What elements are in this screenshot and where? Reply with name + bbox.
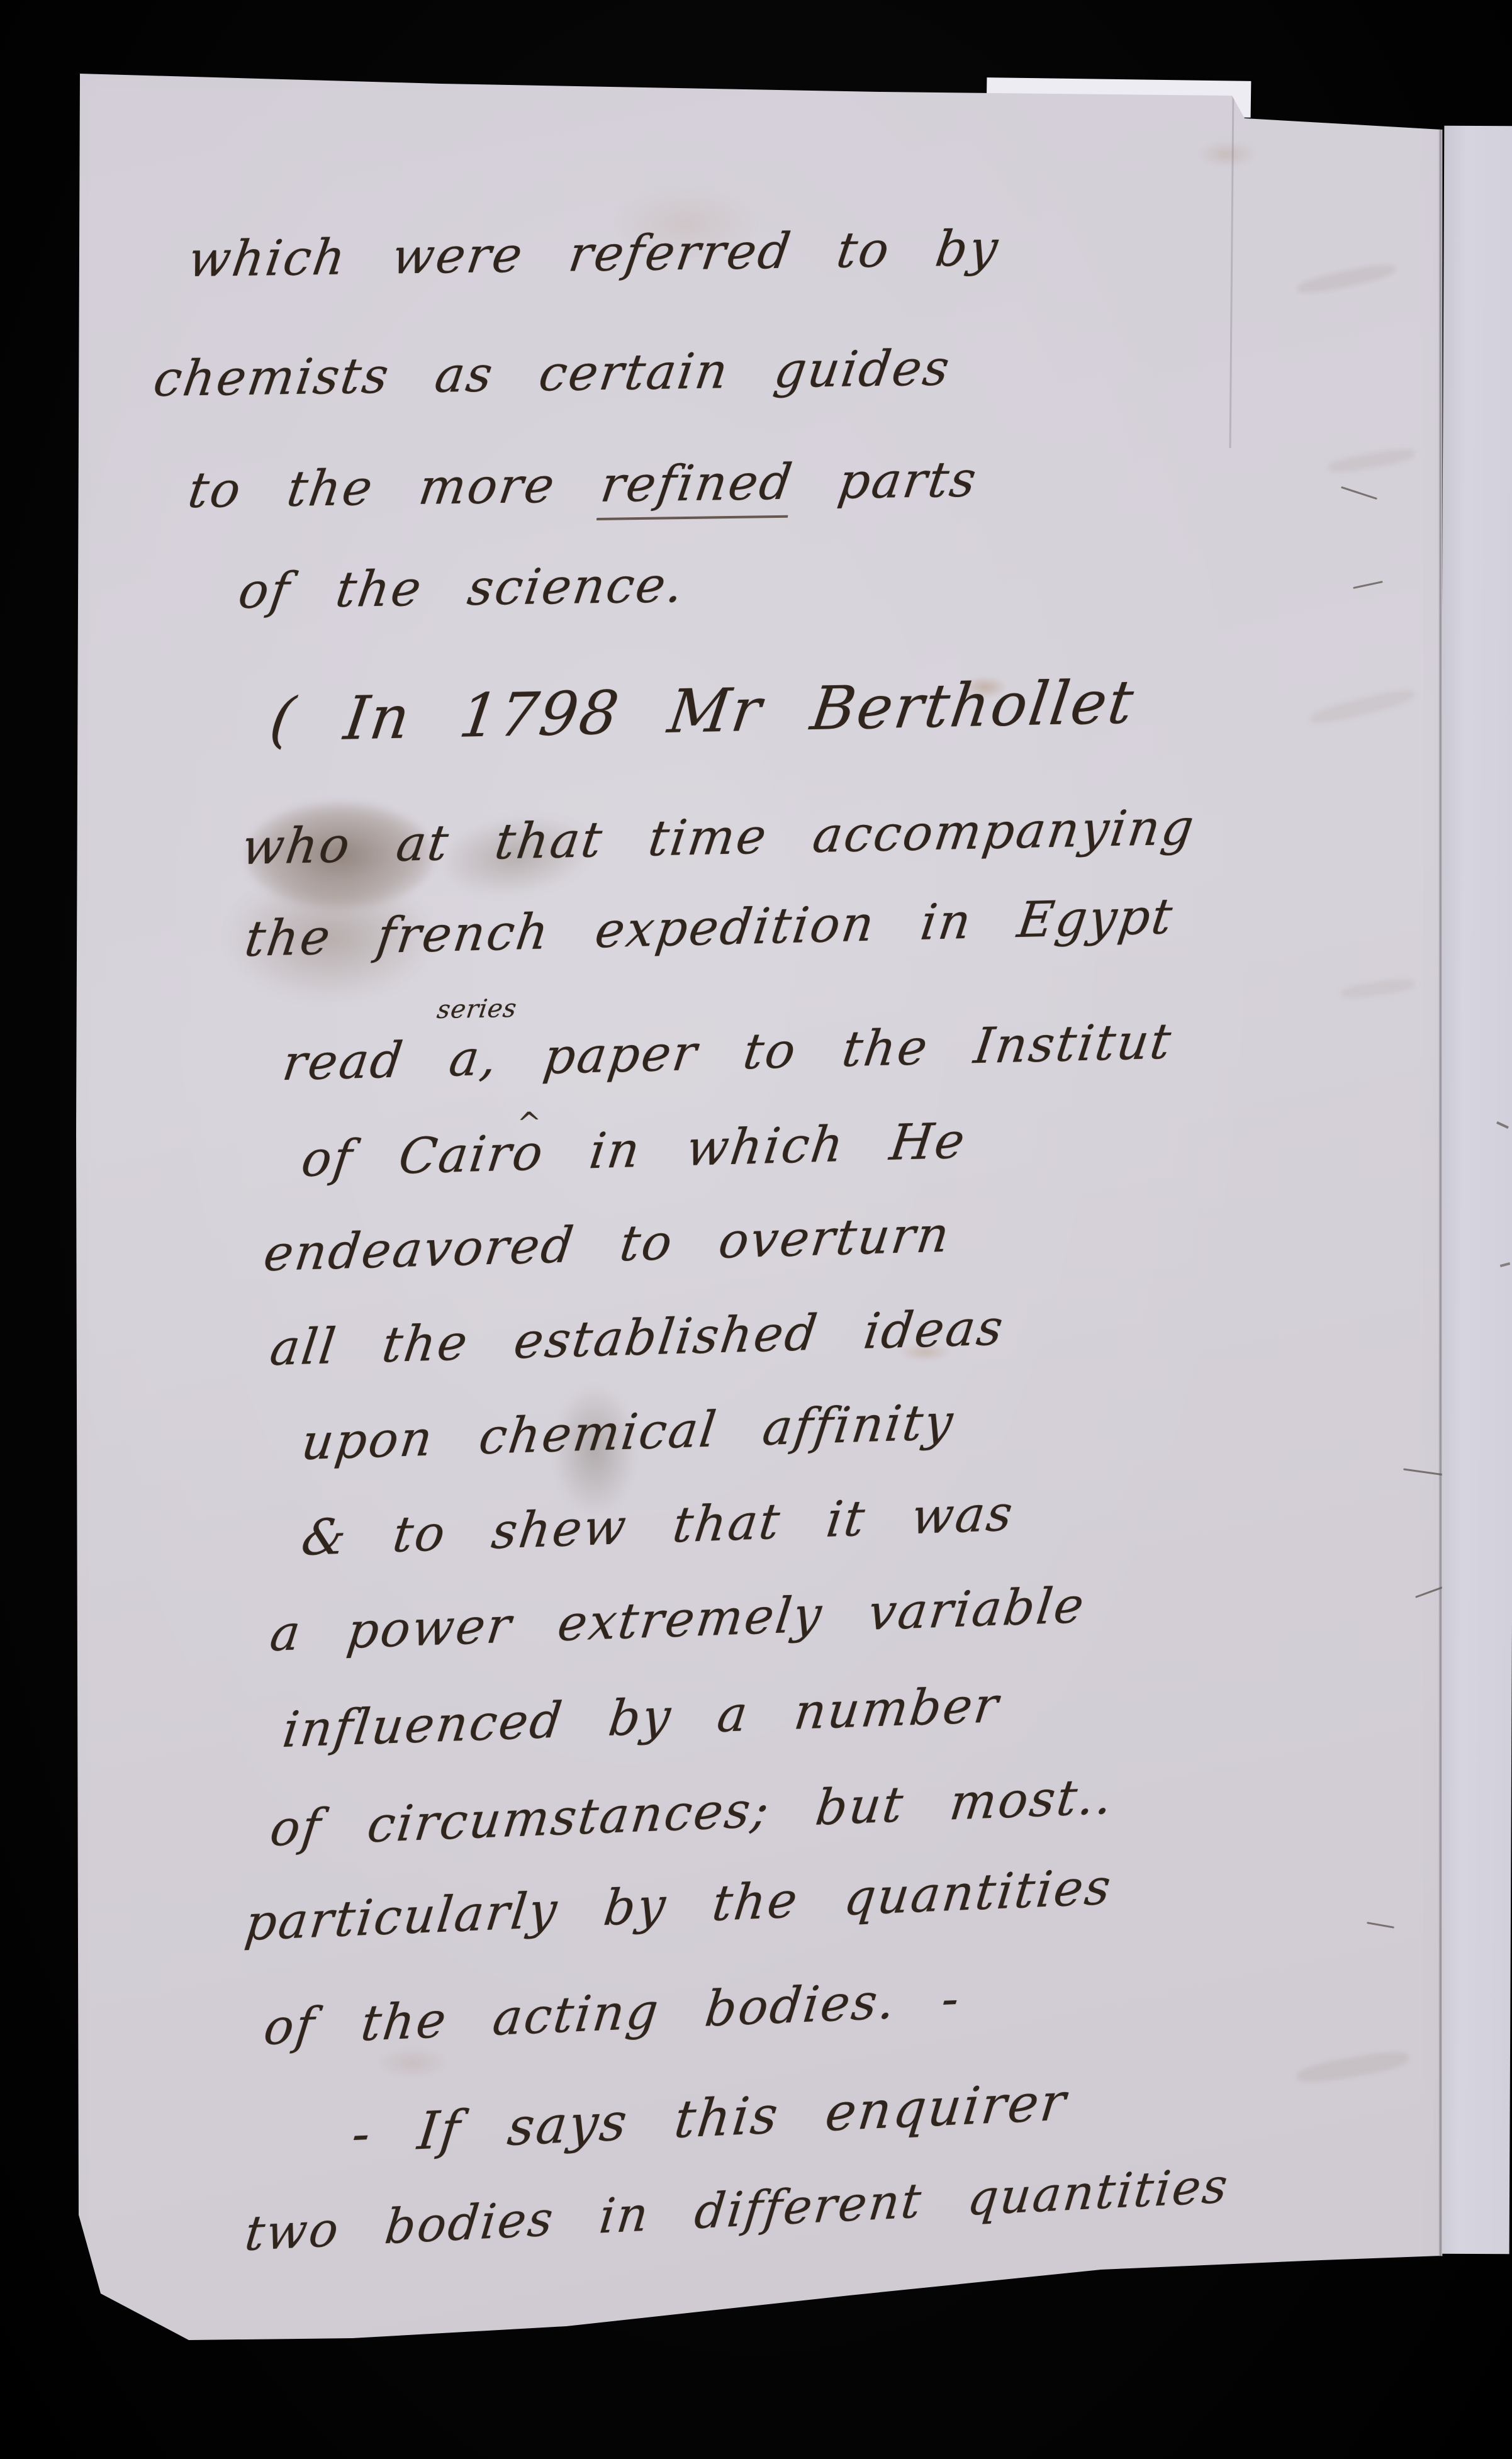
- manuscript-line: of circumstances; but most..: [267, 1768, 1117, 1857]
- paper-crack: [1341, 486, 1377, 500]
- manuscript-line: influenced by a number: [279, 1677, 1003, 1759]
- show-through-writing: [1296, 2048, 1410, 2087]
- manuscript-line: & to shew that it was: [298, 1485, 1017, 1567]
- manuscript-line: of the acting bodies. -: [261, 1970, 964, 2056]
- paper-stain: [1199, 142, 1255, 167]
- manuscript-line-segment: to the more: [185, 457, 606, 519]
- show-through-writing: [1296, 260, 1397, 298]
- show-through-writing: [1327, 445, 1416, 476]
- manuscript-page: which were referred to by chemists as ce…: [0, 0, 1512, 2459]
- manuscript-line: endeavored to overturn: [260, 1206, 954, 1282]
- paper-crack: [1353, 581, 1383, 589]
- paper-stain: [378, 2048, 447, 2077]
- manuscript-line: upon chemical affinity: [298, 1394, 958, 1471]
- manuscript-line: who at that time accompanying: [238, 799, 1199, 876]
- fold-crease: [1438, 130, 1443, 2256]
- interlinear-insertion: series: [435, 994, 519, 1024]
- manuscript-line: of the science.: [235, 557, 689, 620]
- manuscript-line: - If says this enquirer: [349, 2072, 1071, 2165]
- manuscript-line-segment: parts: [789, 451, 982, 510]
- manuscript-line: a power extremely variable: [267, 1577, 1089, 1663]
- facing-page-edge: [1435, 126, 1512, 2254]
- manuscript-line: to the more refined parts: [185, 451, 982, 519]
- underlined-word: refined: [596, 454, 797, 520]
- show-through-writing: [1340, 977, 1416, 1000]
- manuscript-line: of Cairo in which He: [298, 1112, 970, 1188]
- manuscript-line: two bodies in different quantities: [242, 2157, 1232, 2261]
- manuscript-line: all the established ideas: [267, 1299, 1008, 1377]
- manuscript-line: the french expedition in Egypt: [242, 888, 1177, 968]
- manuscript-line: read a, paper to the Institut: [279, 1013, 1176, 1092]
- manuscript-line: ( In 1798 Mr Berthollet: [266, 668, 1139, 755]
- manuscript-line: particularly by the quantities: [242, 1859, 1116, 1952]
- manuscript-line: which were referred to by: [185, 220, 1004, 288]
- manuscript-line: chemists as certain guides: [150, 340, 955, 408]
- show-through-writing: [1308, 686, 1416, 727]
- paper-crease: [1229, 96, 1235, 448]
- paper-crack: [1367, 1922, 1394, 1929]
- manuscript-photograph: which were referred to by chemists as ce…: [0, 0, 1512, 2459]
